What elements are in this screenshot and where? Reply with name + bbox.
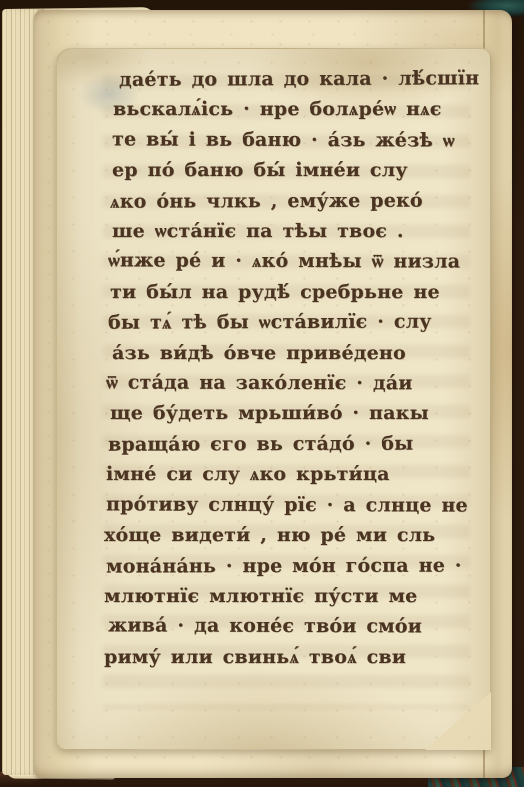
manuscript-line: те вы́ і вь баню · а́зь же́зѣ ѡ xyxy=(112,124,488,156)
manuscript-line: ѧко о́нь члкь , ему́же реко́ xyxy=(110,185,488,217)
manuscript-line: млютнїє млютнїє пу́сти ме xyxy=(104,581,488,611)
manuscript-line: жива́ · да коне́є тво́и смо́и xyxy=(108,611,488,643)
manuscript-line: ти бы́л на рудѣ́ сребрьне не xyxy=(110,277,488,307)
manuscript-line: ѿ ста́да на зако́ленїє · да́и xyxy=(106,368,488,399)
manuscript-line: про́тиву слнцу́ рїє · а слнце не xyxy=(106,489,488,521)
manuscript-line: бы тѧ́ тѣ бы ѡста́вилїє · слу xyxy=(108,307,488,339)
leaf-corner-fold xyxy=(425,692,491,750)
manuscript-line: риму́ или свиньѧ́ твоѧ́ сви xyxy=(104,642,488,672)
manuscript-line: ѡ́нже ре́ и · ѧко́ мнѣы ѿ низла xyxy=(108,246,488,278)
manuscript-line: мона́на́нь · нре мо́н го́спа не · xyxy=(106,550,488,581)
manuscript-text-block: дае́ть до шла до кала · лѣ́сшїн вьскалѧ́… xyxy=(104,64,488,672)
manuscript-line: вьскалѧ́ісь · нре болѧре́ѡ нѧє xyxy=(113,94,488,124)
manuscript-line: враща́ю єго вь ста́до́ · бы xyxy=(108,428,488,460)
manuscript-line: а́зь ви́дѣ о́вче приве́дено xyxy=(112,338,488,368)
manuscript-line: хо́ще видети́ , ню ре́ ми сль xyxy=(104,520,488,550)
manuscript-line: ше ѡста́нїє па тѣы твоє . xyxy=(112,216,488,246)
manuscript-line: ер по́ баню бы́ імне́и слу xyxy=(112,155,488,185)
manuscript-line: імне́ си слу ѧко крьти́ца xyxy=(106,459,488,489)
manuscript-photo: дае́ть до шла до кала · лѣ́сшїн вьскалѧ́… xyxy=(0,0,524,787)
manuscript-line: ще бу́деть мрьши́во́ · пакы xyxy=(110,398,488,428)
manuscript-line: дае́ть до шла до кала · лѣ́сшїн xyxy=(119,63,488,95)
